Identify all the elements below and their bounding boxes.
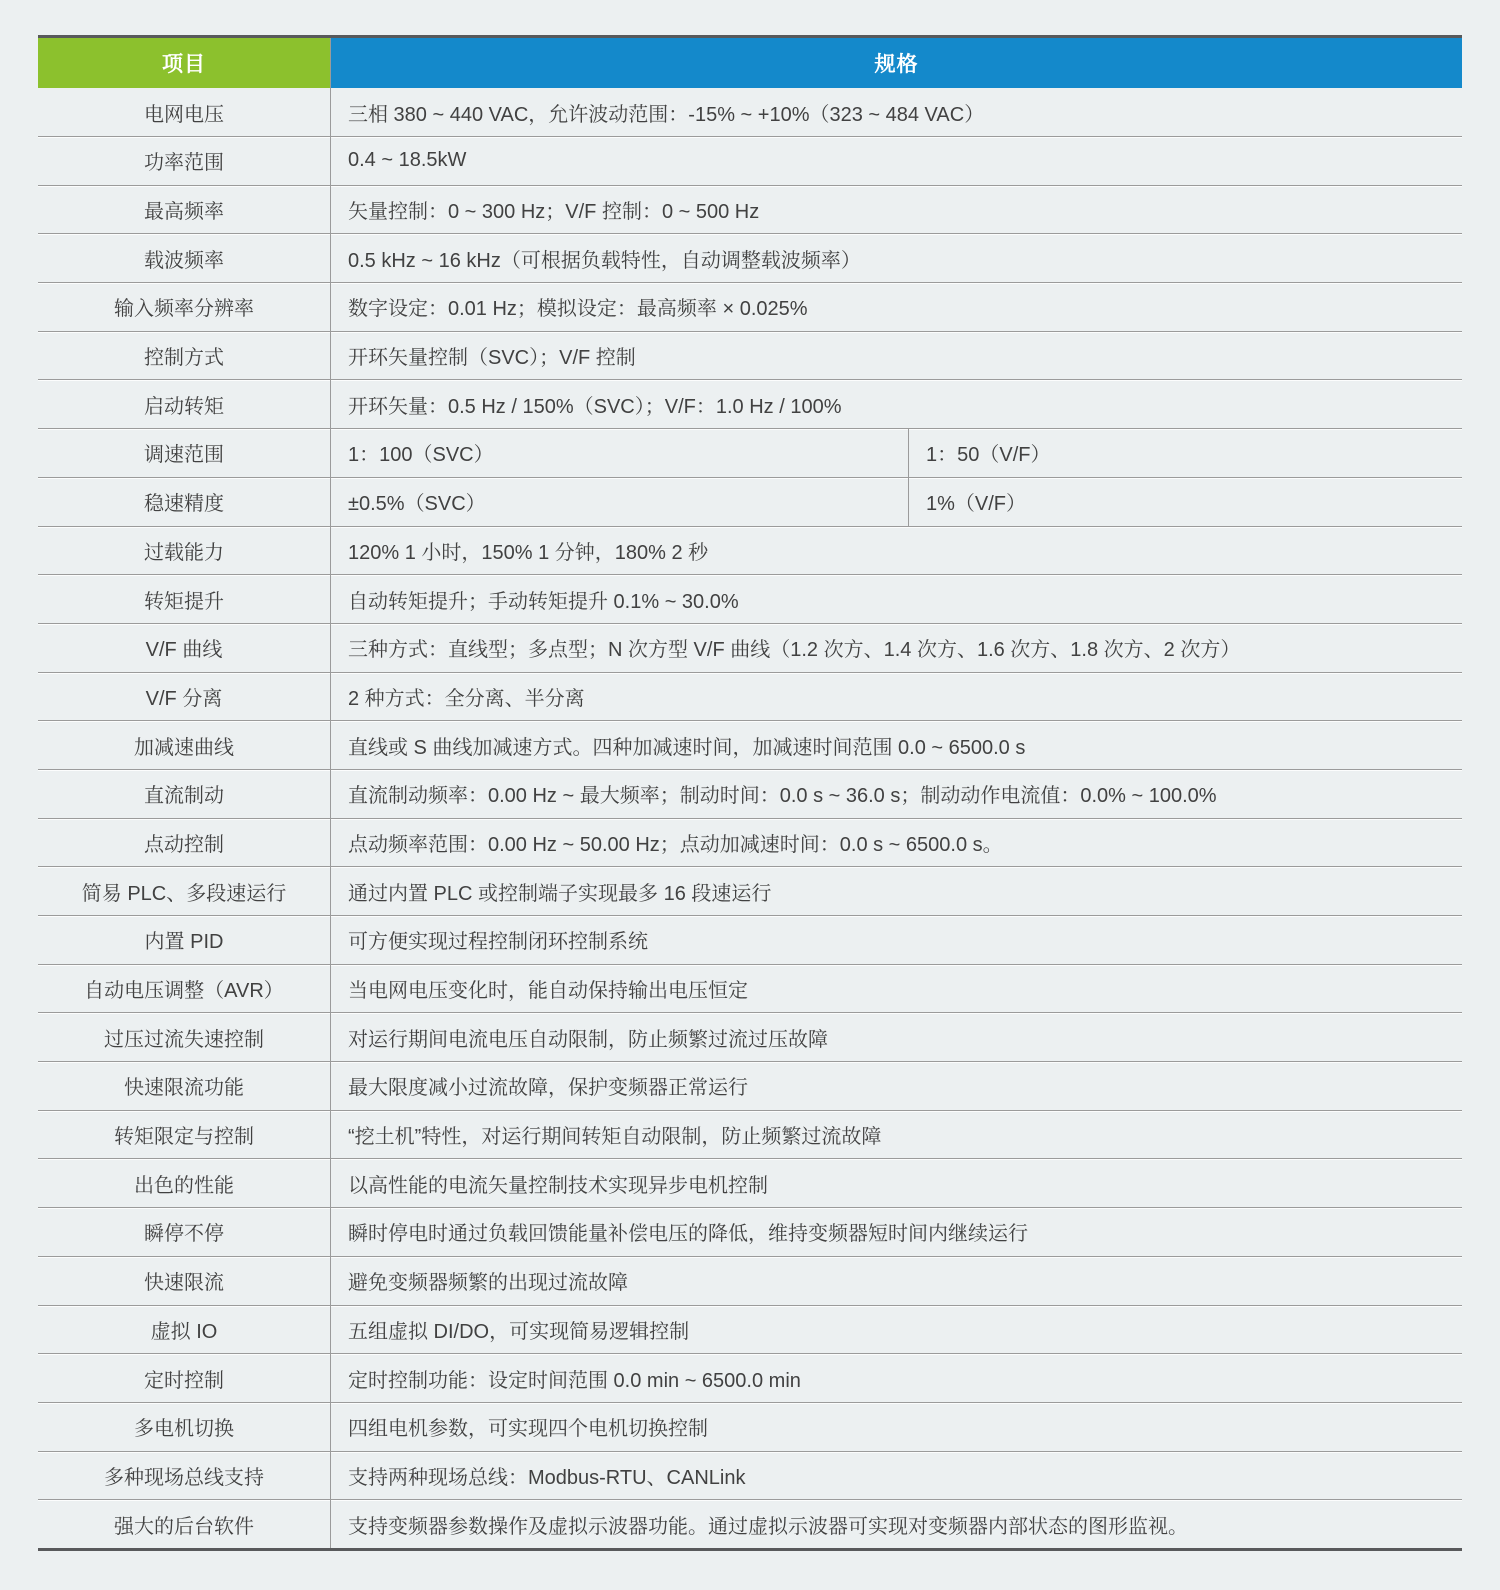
table-row: 多种现场总线支持支持两种现场总线：Modbus-RTU、CANLink	[38, 1451, 1462, 1500]
table-row: 多电机切换四组电机参数，可实现四个电机切换控制	[38, 1402, 1462, 1451]
table-row: 电网电压三相 380 ~ 440 VAC，允许波动范围：-15% ~ +10%（…	[38, 88, 1462, 136]
spec-cell: 0.5 kHz ~ 16 kHz（可根据负载特性，自动调整载波频率）	[331, 234, 1462, 282]
spec-cell-secondary: 1%（V/F）	[909, 478, 1462, 526]
item-cell: V/F 曲线	[38, 624, 331, 672]
item-cell: 简易 PLC、多段速运行	[38, 867, 331, 915]
spec-cell: 开环矢量控制（SVC）；V/F 控制	[331, 332, 1462, 380]
spec-cell: 三相 380 ~ 440 VAC，允许波动范围：-15% ~ +10%（323 …	[331, 88, 1462, 136]
item-cell: 虚拟 IO	[38, 1306, 331, 1354]
table-row: 控制方式开环矢量控制（SVC）；V/F 控制	[38, 331, 1462, 380]
spec-table-body: 电网电压三相 380 ~ 440 VAC，允许波动范围：-15% ~ +10%（…	[38, 88, 1462, 1548]
spec-cell: “挖土机”特性，对运行期间转矩自动限制，防止频繁过流故障	[331, 1111, 1462, 1159]
item-cell: 转矩提升	[38, 575, 331, 623]
item-cell: 快速限流功能	[38, 1062, 331, 1110]
spec-cell: 五组虚拟 DI/DO，可实现简易逻辑控制	[331, 1306, 1462, 1354]
table-row: 启动转矩开环矢量：0.5 Hz / 150%（SVC）；V/F：1.0 Hz /…	[38, 379, 1462, 428]
spec-cell: 定时控制功能：设定时间范围 0.0 min ~ 6500.0 min	[331, 1354, 1462, 1402]
spec-cell: 2 种方式：全分离、半分离	[331, 673, 1462, 721]
spec-cell: 直流制动频率：0.00 Hz ~ 最大频率；制动时间：0.0 s ~ 36.0 …	[331, 770, 1462, 818]
item-cell: 启动转矩	[38, 380, 331, 428]
item-cell: 点动控制	[38, 819, 331, 867]
table-header-row: 项目 规格	[38, 38, 1462, 88]
table-row: 最高频率矢量控制：0 ~ 300 Hz；V/F 控制：0 ~ 500 Hz	[38, 185, 1462, 234]
spec-cell: 点动频率范围：0.00 Hz ~ 50.00 Hz；点动加减速时间：0.0 s …	[331, 819, 1462, 867]
item-cell: 电网电压	[38, 88, 331, 136]
item-cell: 输入频率分辨率	[38, 283, 331, 331]
table-row: 加减速曲线直线或 S 曲线加减速方式。四种加减速时间，加减速时间范围 0.0 ~…	[38, 720, 1462, 769]
table-row: 定时控制定时控制功能：设定时间范围 0.0 min ~ 6500.0 min	[38, 1353, 1462, 1402]
table-row: 转矩限定与控制“挖土机”特性，对运行期间转矩自动限制，防止频繁过流故障	[38, 1110, 1462, 1159]
table-row: 快速限流避免变频器频繁的出现过流故障	[38, 1256, 1462, 1305]
spec-cell-secondary: 1：50（V/F）	[909, 429, 1462, 477]
table-row: 点动控制点动频率范围：0.00 Hz ~ 50.00 Hz；点动加减速时间：0.…	[38, 818, 1462, 867]
table-row: 调速范围1：100（SVC）1：50（V/F）	[38, 428, 1462, 477]
item-cell: 加减速曲线	[38, 721, 331, 769]
item-cell: 过压过流失速控制	[38, 1013, 331, 1061]
spec-cell: 1：100（SVC）	[331, 429, 909, 477]
table-row: V/F 曲线三种方式：直线型；多点型；N 次方型 V/F 曲线（1.2 次方、1…	[38, 623, 1462, 672]
spec-cell: 避免变频器频繁的出现过流故障	[331, 1257, 1462, 1305]
item-cell: 瞬停不停	[38, 1208, 331, 1256]
item-cell: 自动电压调整（AVR）	[38, 965, 331, 1013]
spec-cell: 最大限度减小过流故障，保护变频器正常运行	[331, 1062, 1462, 1110]
spec-cell: 对运行期间电流电压自动限制，防止频繁过流过压故障	[331, 1013, 1462, 1061]
spec-cell: 直线或 S 曲线加减速方式。四种加减速时间，加减速时间范围 0.0 ~ 6500…	[331, 721, 1462, 769]
item-cell: 稳速精度	[38, 478, 331, 526]
table-row: 强大的后台软件支持变频器参数操作及虚拟示波器功能。通过虚拟示波器可实现对变频器内…	[38, 1499, 1462, 1548]
table-row: 过压过流失速控制对运行期间电流电压自动限制，防止频繁过流过压故障	[38, 1012, 1462, 1061]
spec-cell: 以高性能的电流矢量控制技术实现异步电机控制	[331, 1159, 1462, 1207]
spec-column-header: 规格	[331, 38, 1462, 88]
table-row: V/F 分离2 种方式：全分离、半分离	[38, 672, 1462, 721]
spec-cell: 可方便实现过程控制闭环控制系统	[331, 916, 1462, 964]
table-row: 过载能力120% 1 小时，150% 1 分钟，180% 2 秒	[38, 526, 1462, 575]
item-cell: 载波频率	[38, 234, 331, 282]
spec-cell: 当电网电压变化时，能自动保持输出电压恒定	[331, 965, 1462, 1013]
table-row: 稳速精度±0.5%（SVC）1%（V/F）	[38, 477, 1462, 526]
spec-cell: 三种方式：直线型；多点型；N 次方型 V/F 曲线（1.2 次方、1.4 次方、…	[331, 624, 1462, 672]
item-cell: 控制方式	[38, 332, 331, 380]
table-row: 直流制动直流制动频率：0.00 Hz ~ 最大频率；制动时间：0.0 s ~ 3…	[38, 769, 1462, 818]
spec-cell: 自动转矩提升；手动转矩提升 0.1% ~ 30.0%	[331, 575, 1462, 623]
spec-cell: 0.4 ~ 18.5kW	[331, 137, 1462, 185]
spec-cell: 支持两种现场总线：Modbus-RTU、CANLink	[331, 1452, 1462, 1500]
table-row: 自动电压调整（AVR）当电网电压变化时，能自动保持输出电压恒定	[38, 964, 1462, 1013]
spec-cell: 瞬时停电时通过负载回馈能量补偿电压的降低，维持变频器短时间内继续运行	[331, 1208, 1462, 1256]
specification-table: 项目 规格 电网电压三相 380 ~ 440 VAC，允许波动范围：-15% ~…	[38, 35, 1462, 1551]
spec-cell: 数字设定：0.01 Hz；模拟设定：最高频率 × 0.025%	[331, 283, 1462, 331]
item-column-header: 项目	[38, 38, 331, 88]
table-row: 载波频率0.5 kHz ~ 16 kHz（可根据负载特性，自动调整载波频率）	[38, 233, 1462, 282]
table-row: 出色的性能以高性能的电流矢量控制技术实现异步电机控制	[38, 1158, 1462, 1207]
spec-cell: 支持变频器参数操作及虚拟示波器功能。通过虚拟示波器可实现对变频器内部状态的图形监…	[331, 1500, 1462, 1548]
spec-cell: 四组电机参数，可实现四个电机切换控制	[331, 1403, 1462, 1451]
spec-cell: 120% 1 小时，150% 1 分钟，180% 2 秒	[331, 527, 1462, 575]
item-cell: 功率范围	[38, 137, 331, 185]
item-cell: V/F 分离	[38, 673, 331, 721]
item-cell: 多种现场总线支持	[38, 1452, 331, 1500]
spec-cell: 开环矢量：0.5 Hz / 150%（SVC）；V/F：1.0 Hz / 100…	[331, 380, 1462, 428]
table-row: 转矩提升自动转矩提升；手动转矩提升 0.1% ~ 30.0%	[38, 574, 1462, 623]
table-row: 输入频率分辨率数字设定：0.01 Hz；模拟设定：最高频率 × 0.025%	[38, 282, 1462, 331]
item-cell: 转矩限定与控制	[38, 1111, 331, 1159]
table-row: 虚拟 IO五组虚拟 DI/DO，可实现简易逻辑控制	[38, 1305, 1462, 1354]
table-row: 内置 PID可方便实现过程控制闭环控制系统	[38, 915, 1462, 964]
spec-cell: 通过内置 PLC 或控制端子实现最多 16 段速运行	[331, 867, 1462, 915]
item-cell: 直流制动	[38, 770, 331, 818]
spec-cell: ±0.5%（SVC）	[331, 478, 909, 526]
item-cell: 出色的性能	[38, 1159, 331, 1207]
item-cell: 多电机切换	[38, 1403, 331, 1451]
item-cell: 过载能力	[38, 527, 331, 575]
spec-cell: 矢量控制：0 ~ 300 Hz；V/F 控制：0 ~ 500 Hz	[331, 186, 1462, 234]
table-row: 简易 PLC、多段速运行通过内置 PLC 或控制端子实现最多 16 段速运行	[38, 866, 1462, 915]
item-cell: 快速限流	[38, 1257, 331, 1305]
table-row: 瞬停不停瞬时停电时通过负载回馈能量补偿电压的降低，维持变频器短时间内继续运行	[38, 1207, 1462, 1256]
table-row: 功率范围0.4 ~ 18.5kW	[38, 136, 1462, 185]
item-cell: 调速范围	[38, 429, 331, 477]
item-cell: 定时控制	[38, 1354, 331, 1402]
item-cell: 内置 PID	[38, 916, 331, 964]
item-cell: 最高频率	[38, 186, 331, 234]
item-cell: 强大的后台软件	[38, 1500, 331, 1548]
table-row: 快速限流功能最大限度减小过流故障，保护变频器正常运行	[38, 1061, 1462, 1110]
